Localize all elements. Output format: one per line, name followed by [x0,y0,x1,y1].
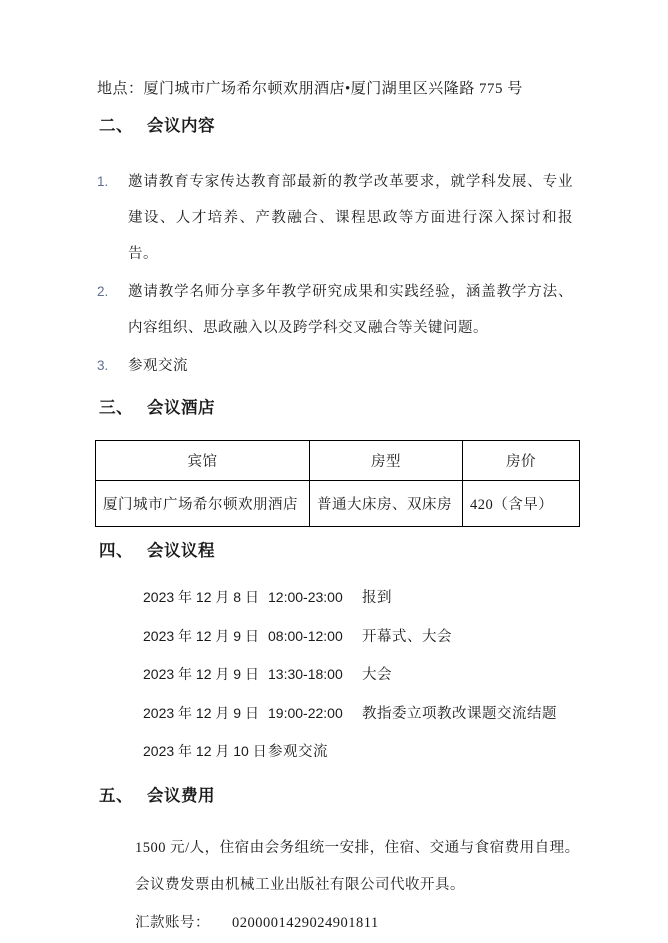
agenda-row: 2023 年 12 月 9 日13:30-18:00大会 [143,656,598,695]
section-number: 五、 [99,786,133,805]
section-title: 会议内容 [147,116,215,135]
table-header-price: 房价 [463,441,580,481]
list-item-text: 邀请教学名师分享多年教学研究成果和实践经验，涵盖教学方法、内容组织、思政融入以及… [128,274,573,346]
account-number: 0200001429024901811 [232,915,379,931]
fees-block: 1500 元/人，住宿由会务组统一安排，住宿、交通与食宿费用自理。 会议费发票由… [135,830,598,943]
agenda-time: 19:00-22:00 [268,695,362,733]
agenda-row: 2023 年 12 月 9 日19:00-22:00教指委立项教改课题交流结题 [143,695,598,734]
agenda-event: 教指委立项教改课题交流结题 [362,706,557,722]
hotel-table: 宾馆 房型 房价 厦门城市广场希尔顿欢朋酒店 普通大床房、双床房 420（含早） [95,440,580,527]
agenda-date: 2023 年 12 月 9 日 [143,695,268,733]
section-title: 会议酒店 [147,398,215,417]
agenda-date: 2023 年 12 月 8 日 [143,579,268,617]
table-cell-hotel: 厦门城市广场希尔顿欢朋酒店 [96,481,310,527]
section-heading-fees: 五、会议费用 [99,784,598,808]
table-header-hotel: 宾馆 [96,441,310,481]
section-heading-hotel: 三、会议酒店 [99,396,598,420]
agenda-event: 报到 [362,590,392,606]
remittance-account-line: 汇款账号：0200001429024901811 [135,905,598,943]
list-item: 1. 邀请教育专家传达教育部最新的教学改革要求，就学科发展、专业建设、人才培养、… [97,164,598,272]
fees-line: 1500 元/人，住宿由会务组统一安排，住宿、交通与食宿费用自理。 [135,830,598,868]
table-header-room-type: 房型 [310,441,463,481]
table-header-row: 宾馆 房型 房价 [96,441,580,481]
fees-line: 会议费发票由机械工业出版社有限公司代收开具。 [135,867,598,905]
agenda-event: 参观交流 [268,744,328,760]
section-heading-agenda: 四、会议议程 [99,539,598,563]
list-item-number: 2. [97,274,128,310]
table-cell-price: 420（含早） [463,481,580,527]
agenda-row: 2023 年 12 月 9 日08:00-12:00开幕式、大会 [143,618,598,657]
content-item-list: 1. 邀请教育专家传达教育部最新的教学改革要求，就学科发展、专业建设、人才培养、… [97,164,598,384]
agenda-date: 2023 年 12 月 9 日 [143,618,268,656]
list-item-text: 参观交流 [128,348,573,384]
list-item-text: 邀请教育专家传达教育部最新的教学改革要求，就学科发展、专业建设、人才培养、产教融… [128,164,573,272]
agenda-list: 2023 年 12 月 8 日12:00-23:00报到 2023 年 12 月… [143,579,598,772]
agenda-event: 大会 [362,667,392,683]
section-title: 会议费用 [147,786,215,805]
list-item-number: 3. [97,348,128,384]
section-number: 四、 [99,541,133,560]
agenda-row: 2023 年 12 月 8 日12:00-23:00报到 [143,579,598,618]
agenda-date: 2023 年 12 月 10 日 [143,733,268,771]
section-number: 三、 [99,398,133,417]
table-cell-room-type: 普通大床房、双床房 [310,481,463,527]
agenda-date: 2023 年 12 月 9 日 [143,656,268,694]
table-row: 厦门城市广场希尔顿欢朋酒店 普通大床房、双床房 420（含早） [96,481,580,527]
section-heading-content: 二、会议内容 [99,114,598,138]
agenda-event: 开幕式、大会 [362,629,452,645]
document-page: 地点：厦门城市广场希尔顿欢朋酒店•厦门湖里区兴隆路 775 号 二、会议内容 1… [0,0,668,943]
section-title: 会议议程 [147,541,215,560]
section-number: 二、 [99,116,133,135]
list-item-number: 1. [97,164,128,200]
list-item: 2. 邀请教学名师分享多年教学研究成果和实践经验，涵盖教学方法、内容组织、思政融… [97,274,598,346]
agenda-row: 2023 年 12 月 10 日参观交流 [143,733,598,772]
agenda-time: 13:30-18:00 [268,656,362,694]
agenda-time: 08:00-12:00 [268,618,362,656]
account-label: 汇款账号： [135,915,210,931]
agenda-time: 12:00-23:00 [268,579,362,617]
list-item: 3. 参观交流 [97,348,598,384]
location-line: 地点：厦门城市广场希尔顿欢朋酒店•厦门湖里区兴隆路 775 号 [97,78,598,100]
